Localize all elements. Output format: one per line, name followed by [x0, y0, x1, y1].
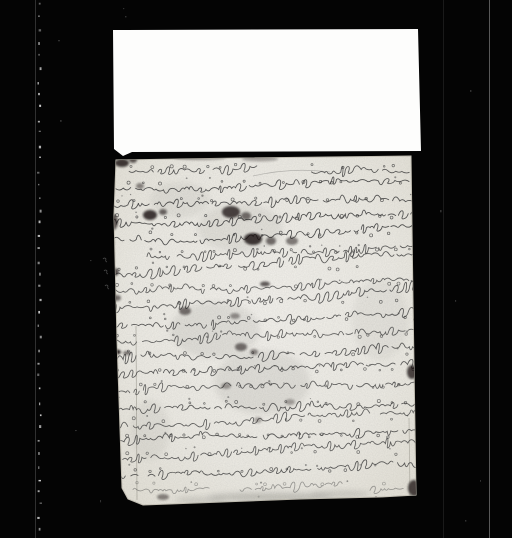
microfilm-scan	[0, 0, 512, 538]
microfilm-frame	[0, 0, 512, 538]
blank-label-card	[113, 29, 421, 156]
